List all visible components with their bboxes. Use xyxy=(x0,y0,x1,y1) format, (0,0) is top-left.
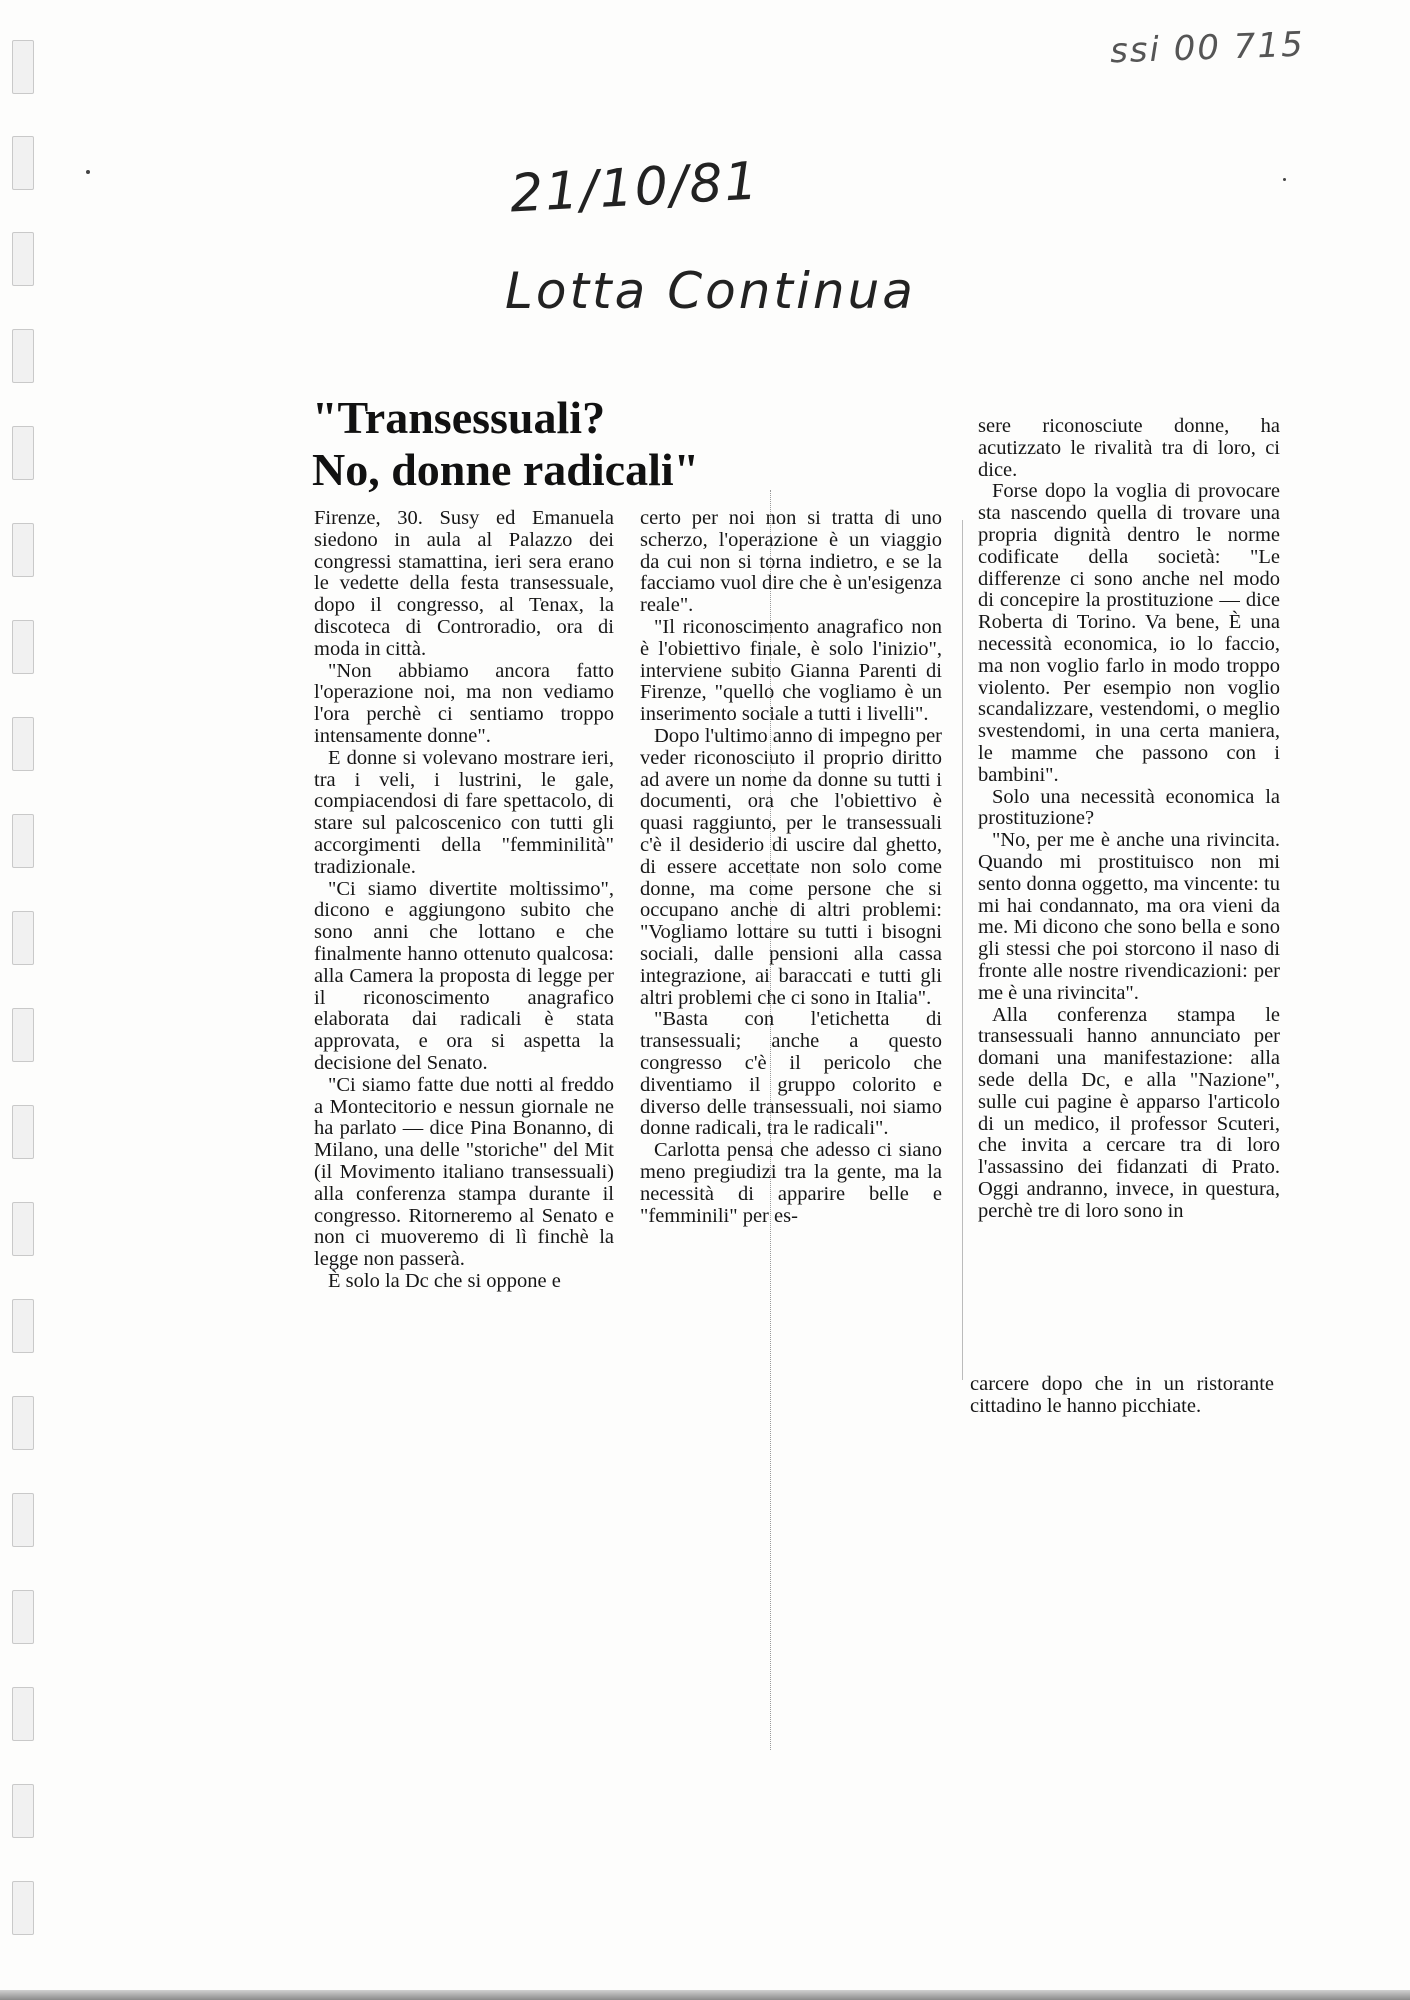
binder-hole xyxy=(12,620,34,674)
binder-hole xyxy=(12,40,34,94)
paragraph: "No, per me è anche una rivincita. Quand… xyxy=(978,830,1280,1004)
paragraph: Carlotta pensa che adesso ci siano meno … xyxy=(640,1140,942,1227)
binder-hole xyxy=(12,1784,34,1838)
paragraph: Alla conferenza stampa le transessuali h… xyxy=(978,1005,1280,1223)
handwritten-date: 21/10/81 xyxy=(509,152,761,225)
article-column-3: sere riconosciute donne, ha acutizzato l… xyxy=(978,416,1280,1222)
scan-edge xyxy=(0,1990,1410,2000)
binder-hole xyxy=(12,232,34,286)
binder-hole xyxy=(12,523,34,577)
paragraph: "Ci siamo fatte due notti al freddo a Mo… xyxy=(314,1075,614,1271)
binder-hole xyxy=(12,814,34,868)
binder-hole xyxy=(12,1105,34,1159)
article-column-2: certo per noi non si tratta di uno scher… xyxy=(640,508,942,1227)
paragraph: certo per noi non si tratta di uno scher… xyxy=(640,508,942,617)
paragraph: sere riconosciute donne, ha acutizzato l… xyxy=(978,416,1280,481)
paragraph: "Il riconoscimento anagrafico non è l'ob… xyxy=(640,617,942,726)
scan-speck xyxy=(1283,178,1286,181)
headline: "Transessuali? No, donne radicali" xyxy=(312,392,932,496)
paragraph: carcere dopo che in un ristorante cittad… xyxy=(970,1374,1274,1418)
paragraph: Forse dopo la voglia di provocare sta na… xyxy=(978,481,1280,786)
binder-hole xyxy=(12,1687,34,1741)
paragraph: "Non abbiamo ancora fatto l'operazione n… xyxy=(314,661,614,748)
paragraph: Firenze, 30. Susy ed Emanuela siedono in… xyxy=(314,508,614,661)
headline-line-1: "Transessuali? xyxy=(312,392,932,444)
binder-hole xyxy=(12,1299,34,1353)
binder-hole xyxy=(12,1202,34,1256)
scan-speck xyxy=(86,170,90,174)
article-column-1: Firenze, 30. Susy ed Emanuela siedono in… xyxy=(314,508,614,1293)
handwritten-source: Lotta Continua xyxy=(505,262,916,320)
paragraph: "Basta con l'etichetta di transessuali; … xyxy=(640,1009,942,1140)
binder-hole xyxy=(12,426,34,480)
paragraph: Dopo l'ultimo anno di impegno per veder … xyxy=(640,726,942,1009)
headline-line-2: No, donne radicali" xyxy=(312,444,932,496)
binder-hole xyxy=(12,717,34,771)
paragraph: Solo una necessità economica la prostitu… xyxy=(978,787,1280,831)
article-column-3-continuation: carcere dopo che in un ristorante cittad… xyxy=(970,1374,1274,1418)
paragraph: E donne si volevano mostrare ieri, tra i… xyxy=(314,748,614,879)
binder-hole xyxy=(12,1396,34,1450)
paragraph: È solo la Dc che si oppone e xyxy=(314,1271,614,1293)
binder-hole xyxy=(12,1881,34,1935)
binder-hole xyxy=(12,1590,34,1644)
paragraph: "Ci siamo divertite moltissimo", dicono … xyxy=(314,879,614,1075)
column-rule xyxy=(962,520,963,1380)
binder-hole xyxy=(12,911,34,965)
binder-hole xyxy=(12,1493,34,1547)
binder-hole xyxy=(12,136,34,190)
binder-hole xyxy=(12,1008,34,1062)
binder-hole xyxy=(12,329,34,383)
archive-code: ssi 00 715 xyxy=(1109,25,1305,72)
